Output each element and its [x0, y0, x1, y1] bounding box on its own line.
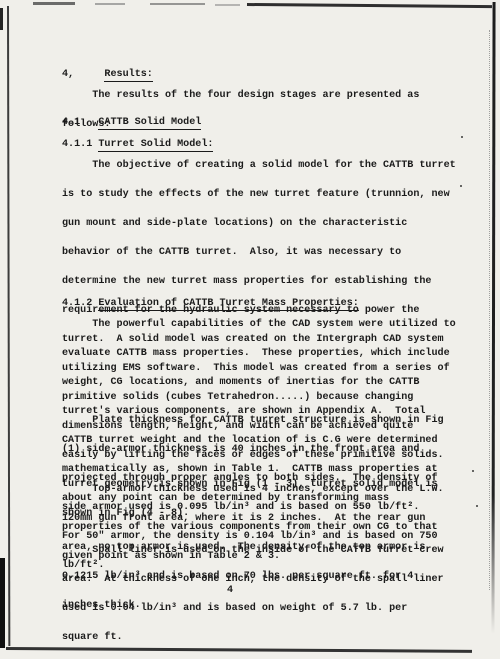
text-line: behavior of the CATTB turret. Also, it w…: [62, 248, 456, 258]
text-line: (1) side-armor thickness is 40 inches in…: [62, 445, 444, 455]
text-line: is to study the effects of the new turre…: [62, 190, 456, 200]
text-line: weight, CG locations, and moments of ine…: [62, 378, 456, 388]
text-line: Top-armor thickness used is 4 inches, ex…: [62, 485, 444, 495]
text-line: The objective of creating a solid model …: [62, 161, 456, 171]
text-line: evaluate CATTB mass properties. These pr…: [62, 349, 456, 359]
text-line: area. At thickness of one inch, the dens…: [62, 575, 444, 585]
scan-artifact-top-dash: [215, 4, 240, 6]
text-line: Plate thickness for CATTB turret structu…: [62, 416, 444, 426]
scanned-document-page: 4, Results: The results of the four desi…: [0, 0, 500, 659]
text-line: square ft.: [62, 633, 444, 643]
scan-artifact-left-edge-line: [7, 6, 10, 646]
scan-artifact-top-dash: [150, 3, 205, 5]
text-line: used is 0.04 lb/in³ and is based on weig…: [62, 604, 444, 614]
scan-artifact-top-dash: [33, 2, 75, 5]
scan-artifact-top-edge-line: [247, 3, 492, 8]
scan-artifact-speck: [461, 136, 463, 138]
scan-artifact-speck: [472, 470, 474, 472]
text-line: The powerful capabilities of the CAD sys…: [62, 320, 456, 330]
text-line: 120mm gun front area, where it is 2 inch…: [62, 514, 444, 524]
scan-artifact-right-edge-line: [491, 2, 495, 634]
text-line: gun mount and side-plate locations) on t…: [62, 219, 456, 229]
scan-artifact-left-bar: [0, 558, 5, 648]
paragraph-spall-liner: Spall liner is used on the inside of the…: [62, 527, 444, 659]
scan-artifact-speck: [476, 505, 478, 507]
scan-artifact-speck: [460, 185, 462, 187]
text-line: Spall liner is used on the inside of the…: [62, 546, 444, 556]
page-number: 4: [227, 586, 233, 596]
scan-artifact-top-dash: [95, 3, 125, 5]
scan-artifact-right-fuzz: [489, 30, 490, 590]
scan-artifact-left-bar: [0, 8, 3, 30]
